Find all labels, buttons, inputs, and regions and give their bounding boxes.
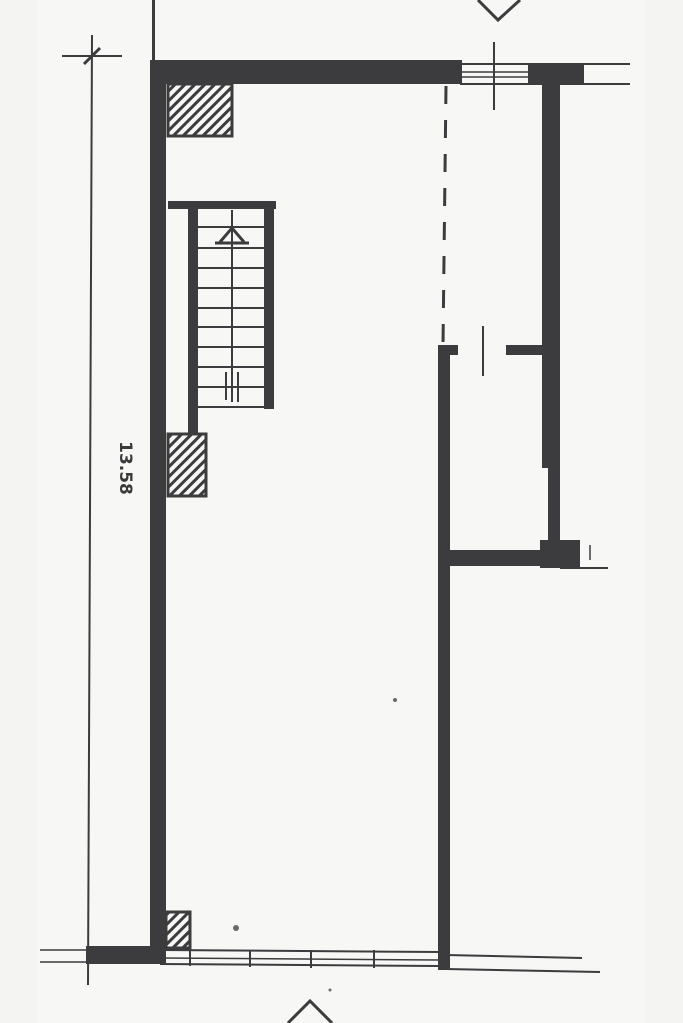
wall-left	[150, 60, 166, 964]
dimension-line	[88, 35, 92, 985]
section-marker-top	[478, 0, 520, 20]
hatched-column-top	[168, 84, 232, 136]
hatched-column-bottom	[166, 912, 190, 948]
section-marker-bottom	[288, 1001, 332, 1023]
wall-right	[542, 84, 560, 468]
dimension-label: 13.58	[115, 441, 135, 495]
stair	[198, 210, 268, 407]
hatched-column-middle	[168, 434, 206, 496]
stair-wall-left	[188, 203, 198, 433]
wall-partition	[438, 345, 450, 970]
floor-plan	[0, 0, 683, 1023]
wall-top	[150, 60, 462, 84]
